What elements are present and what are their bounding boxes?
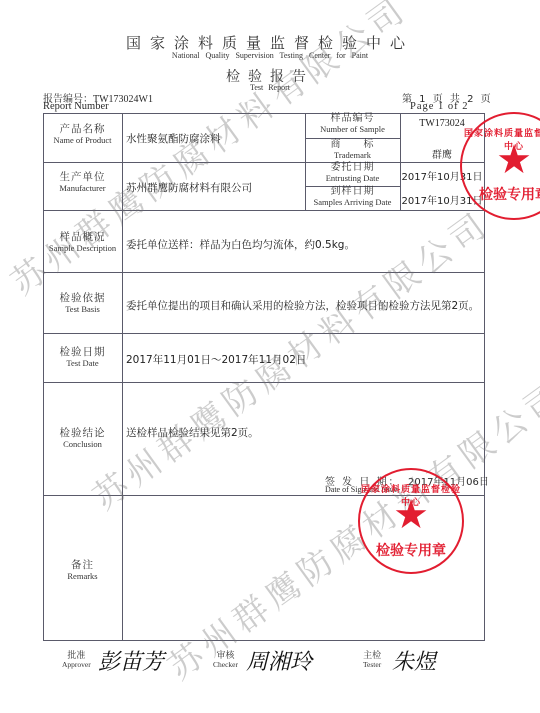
- table-border-bottom: [43, 640, 485, 641]
- label-zh: 检验依据: [43, 293, 122, 305]
- star-icon: ★: [393, 495, 429, 535]
- label-zh: 产品名称: [43, 124, 122, 136]
- label-en: Checker: [213, 661, 238, 669]
- label-en: Conclusion: [43, 440, 122, 449]
- row-divider: [43, 210, 485, 211]
- row-divider: [43, 162, 485, 163]
- label-zh: 样品概况: [43, 232, 122, 244]
- row-divider: [43, 272, 485, 273]
- tester-signature: 朱煜: [392, 645, 436, 676]
- label-zh: 样品编号: [305, 114, 400, 125]
- label-test-date: 检验日期 Test Date: [43, 347, 122, 368]
- label-zh: 检验日期: [43, 347, 122, 359]
- seal-center-text: 检验专用章: [462, 184, 540, 204]
- label-en: Manufacturer: [43, 184, 122, 193]
- official-seal-stamp: 国家涂料质量监督检验中心 ★ 检验专用章: [358, 468, 464, 574]
- report-number-label-en: Report Number: [43, 101, 109, 112]
- label-sample-number: 样品编号 Number of Sample: [305, 114, 400, 133]
- label-zh: 商 标: [305, 140, 400, 151]
- page-indicator-en: Page 1 of 2: [410, 101, 469, 112]
- label-en: Entrusting Date: [305, 174, 400, 183]
- label-product-name: 产品名称 Name of Product: [43, 124, 122, 145]
- label-en: Sample Description: [43, 244, 122, 253]
- table-border-top: [43, 113, 485, 114]
- label-sample-description: 样品概况 Sample Description: [43, 232, 122, 253]
- label-zh: 委托日期: [305, 163, 400, 174]
- label-test-basis: 检验依据 Test Basis: [43, 293, 122, 314]
- row-divider: [43, 382, 485, 383]
- label-entrusting-date: 委托日期 Entrusting Date: [305, 163, 400, 182]
- table-column-divider: [122, 113, 123, 641]
- row-divider: [43, 333, 485, 334]
- checker-label: 审核 Checker: [213, 652, 238, 669]
- label-zh: 到样日期: [305, 187, 400, 198]
- label-remarks: 备注 Remarks: [43, 560, 122, 581]
- label-en: Name of Product: [43, 136, 122, 145]
- value-test-basis: 委托单位提出的项目和确认采用的检验方法，检验项目的检验方法见第2页。: [126, 298, 479, 313]
- official-seal-stamp: 国家涂料质量监督检验中心 ★ 检验专用章: [460, 112, 540, 220]
- star-icon: ★: [496, 140, 532, 180]
- label-zh: 检验结论: [43, 428, 122, 440]
- label-en: Test Basis: [43, 305, 122, 314]
- label-trademark: 商 标 Trademark: [305, 140, 400, 159]
- org-title-en: National Quality Supervision Testing Cen…: [0, 51, 540, 60]
- label-en: Trademark: [305, 151, 400, 160]
- label-en: Number of Sample: [305, 125, 400, 134]
- label-zh: 备注: [43, 560, 122, 572]
- value-manufacturer: 苏州群鹰防腐材料有限公司: [126, 180, 252, 195]
- label-arriving-date: 到样日期 Samples Arriving Date: [305, 187, 400, 206]
- approver-signature: 彭苗芳: [98, 645, 164, 676]
- tester-label: 主检 Tester: [363, 652, 381, 669]
- label-en: Samples Arriving Date: [305, 198, 400, 207]
- value-sample-description: 委托单位送样：样品为白色均匀流体，约0.5kg。: [126, 237, 355, 252]
- label-en: Test Date: [43, 359, 122, 368]
- checker-signature: 周湘玲: [246, 645, 312, 676]
- org-title-zh: 国家涂料质量监督检验中心: [0, 32, 540, 53]
- approver-label: 批准 Approver: [62, 652, 91, 669]
- label-zh: 生产单位: [43, 172, 122, 184]
- label-en: Remarks: [43, 572, 122, 581]
- value-test-date: 2017年11月01日～2017年11月02日: [126, 352, 306, 367]
- label-conclusion: 检验结论 Conclusion: [43, 428, 122, 449]
- seal-center-text: 检验专用章: [360, 540, 462, 560]
- value-conclusion: 送检样品检验结果见第2页。: [126, 425, 259, 440]
- label-en: Tester: [363, 661, 381, 669]
- value-product-name: 水性聚氨酯防腐涂料: [126, 131, 221, 146]
- label-manufacturer: 生产单位 Manufacturer: [43, 172, 122, 193]
- label-en: Approver: [62, 661, 91, 669]
